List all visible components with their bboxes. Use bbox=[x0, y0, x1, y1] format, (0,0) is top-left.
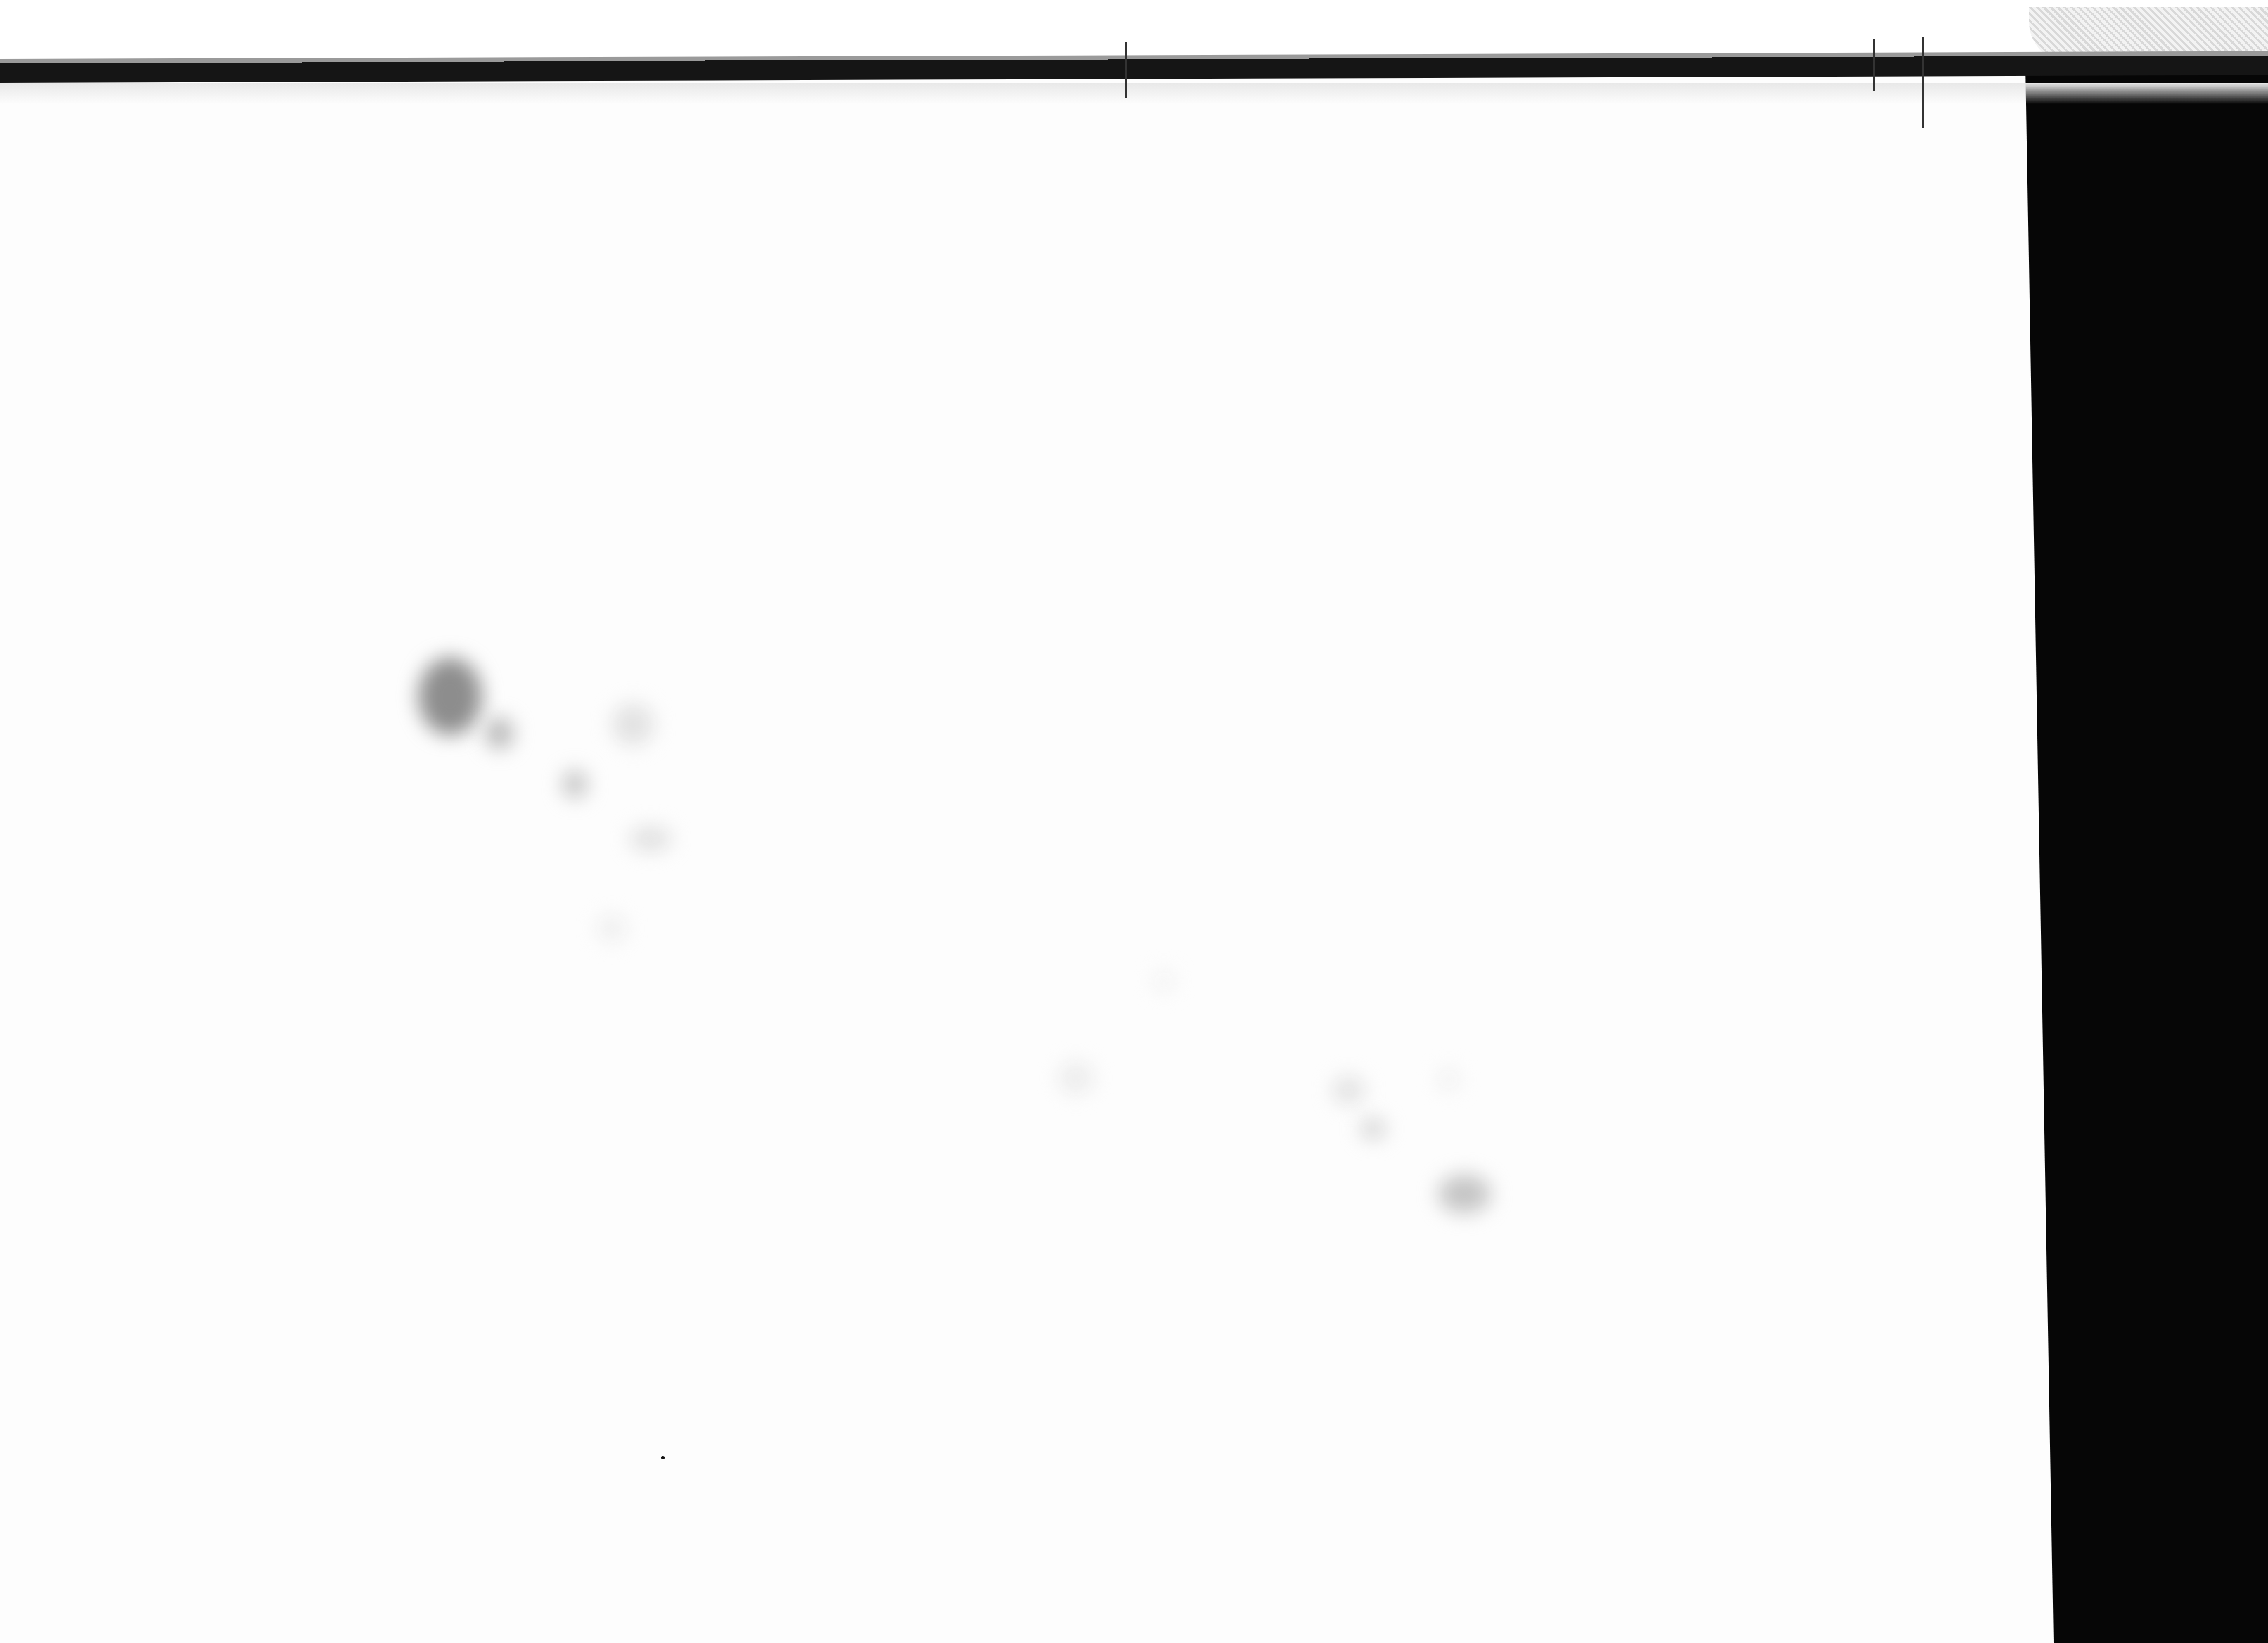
sunspot bbox=[598, 914, 626, 942]
sunspot bbox=[1333, 1076, 1364, 1104]
solar-plate-image bbox=[0, 0, 2268, 1643]
solar-limb bbox=[2011, 77, 2264, 1643]
sunspot bbox=[418, 658, 482, 735]
sunspot bbox=[1058, 1062, 1094, 1094]
sunspot bbox=[612, 703, 654, 746]
plate-edge-shadow bbox=[0, 83, 2268, 104]
dust-speck bbox=[661, 1456, 665, 1459]
sunspot bbox=[1438, 1069, 1459, 1090]
sunspot bbox=[1361, 1118, 1385, 1139]
fiducial-mark bbox=[1873, 39, 1875, 91]
fiducial-mark bbox=[1922, 37, 1924, 128]
dark-sky-region bbox=[0, 63, 2268, 1643]
sunspot bbox=[629, 826, 672, 851]
sunspot bbox=[563, 770, 587, 798]
sunspot bbox=[485, 717, 513, 749]
sunspot bbox=[1153, 971, 1174, 992]
fiducial-mark bbox=[1125, 42, 1127, 98]
sunspot bbox=[1438, 1175, 1491, 1213]
unexposed-top-strip bbox=[0, 0, 2268, 59]
